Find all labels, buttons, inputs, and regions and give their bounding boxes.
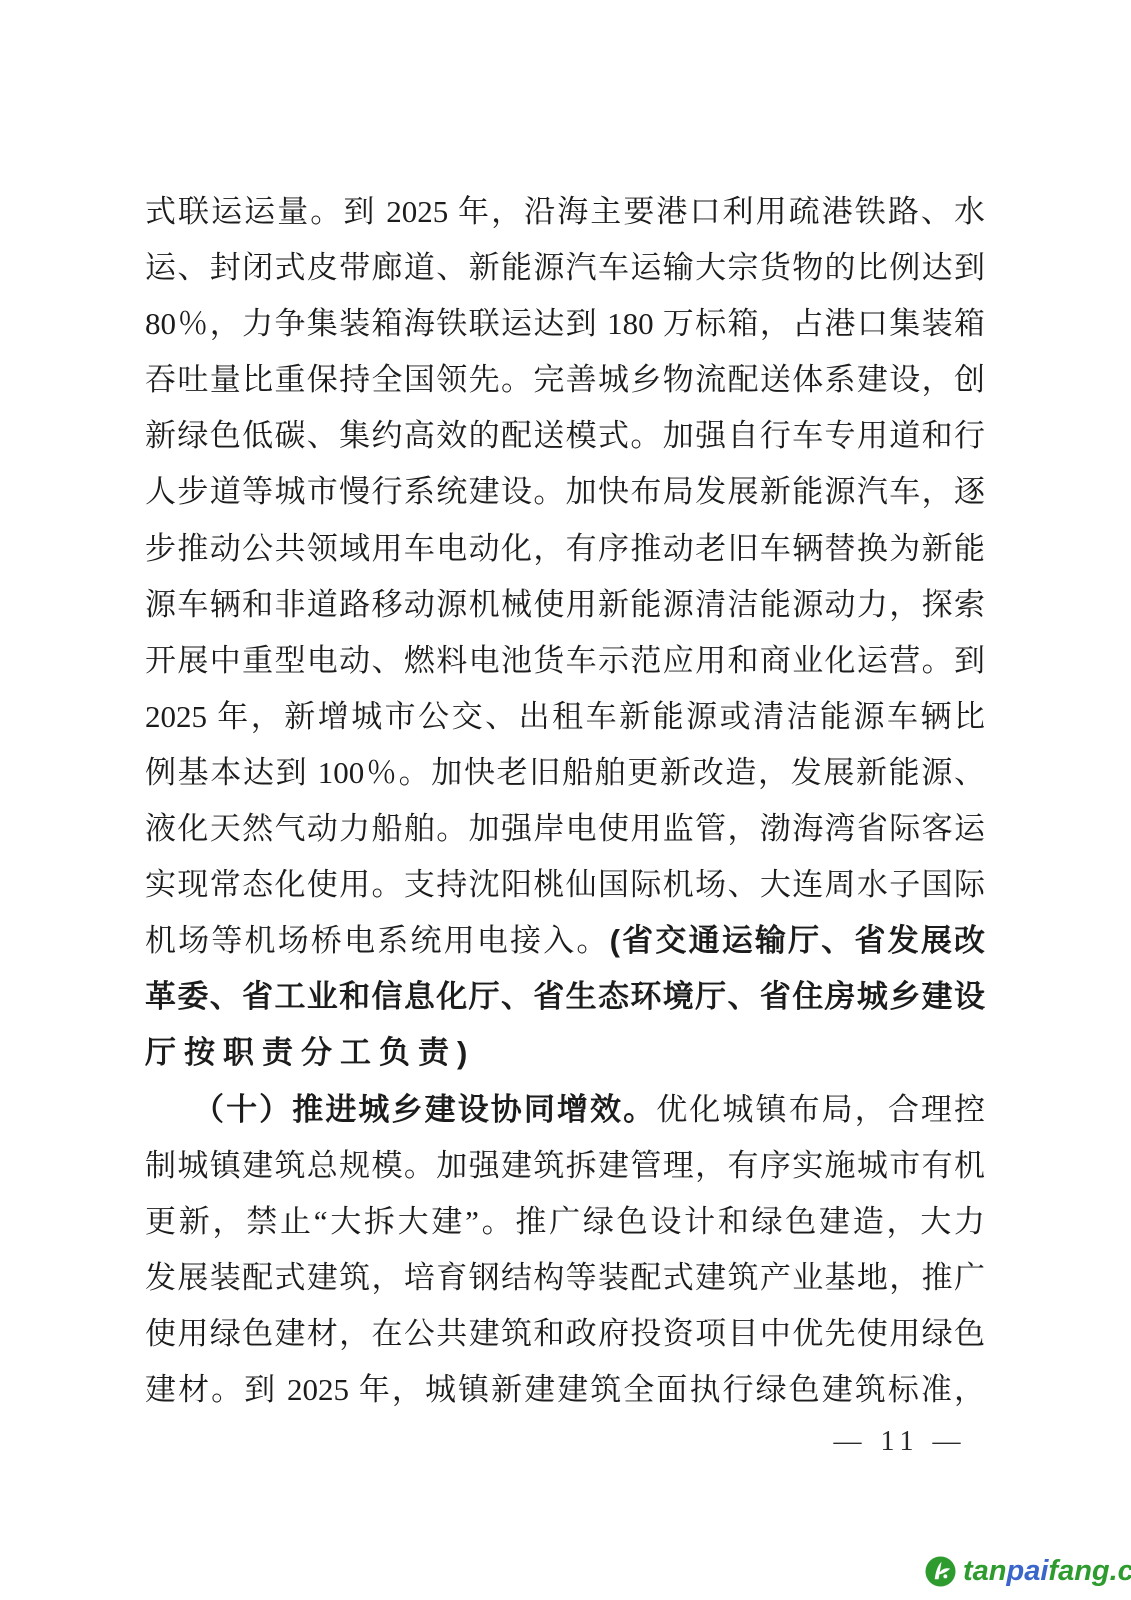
text-segment: 优化城镇布局，合理控 [656, 1092, 985, 1127]
watermark-text-segment: tan [963, 1555, 1007, 1587]
text-segment: 吞吐量比重保持全国领先。完善城乡物流配送体系建设，创 [145, 362, 985, 397]
text-line: 步推动公共领域用车电动化，有序推动老旧车辆替换为新能 [145, 521, 985, 577]
text-segment: 液化天然气动力船舶。加强岸电使用监管，渤海湾省际客运 [145, 811, 985, 846]
text-segment: 式联运运量。到 2025 年，沿海主要港口利用疏港铁路、水 [145, 194, 985, 229]
text-line: 机场等机场桥电系统用电接入。(省交通运输厅、省发展改 [145, 913, 985, 969]
text-segment: 新绿色低碳、集约高效的配送模式。加强自行车专用道和行 [145, 418, 985, 453]
text-segment: (省交通运输厅、省发展改 [610, 923, 985, 958]
text-line: 源车辆和非道路移动源机械使用新能源清洁能源动力，探索 [145, 577, 985, 633]
text-segment: 发展装配式建筑，培育钢结构等装配式建筑产业基地，推广 [145, 1260, 985, 1295]
text-segment: 运、封闭式皮带廊道、新能源汽车运输大宗货物的比例达到 [145, 250, 985, 285]
text-line: 制城镇建筑总规模。加强建筑拆建管理，有序实施城市有机 [145, 1138, 985, 1194]
text-line: 新绿色低碳、集约高效的配送模式。加强自行车专用道和行 [145, 408, 985, 464]
page-number: — 11 — [790, 1422, 1010, 1462]
text-line: 更新，禁止“大拆大建”。推广绿色设计和绿色建造，大力 [145, 1194, 985, 1250]
text-segment: 实现常态化使用。支持沈阳桃仙国际机场、大连周水子国际 [145, 867, 985, 902]
text-segment: 制城镇建筑总规模。加强建筑拆建管理，有序实施城市有机 [145, 1148, 985, 1183]
text-line: 使用绿色建材，在公共建筑和政府投资项目中优先使用绿色 [145, 1306, 985, 1362]
text-line: 例基本达到 100％。加快老旧船舶更新改造，发展新能源、 [145, 745, 985, 801]
text-line: 发展装配式建筑，培育钢结构等装配式建筑产业基地，推广 [145, 1250, 985, 1306]
text-line: 2025 年，新增城市公交、出租车新能源或清洁能源车辆比 [145, 689, 985, 745]
text-line: 实现常态化使用。支持沈阳桃仙国际机场、大连周水子国际 [145, 857, 985, 913]
text-segment: 建材。到 2025 年，城镇新建建筑全面执行绿色建筑标准， [145, 1372, 985, 1407]
text-line: 革委、省工业和信息化厅、省生态环境厅、省住房城乡建设 [145, 969, 985, 1025]
text-segment: 80％，力争集装箱海铁联运达到 180 万标箱，占港口集装箱 [145, 306, 985, 341]
text-segment: 人步道等城市慢行系统建设。加快布局发展新能源汽车，逐 [145, 474, 985, 509]
text-segment: 例基本达到 100％。加快老旧船舶更新改造，发展新能源、 [145, 755, 985, 790]
document-page: 式联运运量。到 2025 年，沿海主要港口利用疏港铁路、水运、封闭式皮带廊道、新… [0, 0, 1131, 1600]
text-segment: 厅按职责分工负责) [145, 1035, 475, 1070]
watermark: tanpaifang.com [925, 1550, 1131, 1592]
text-segment: 革委、省工业和信息化厅、省生态环境厅、省住房城乡建设 [145, 979, 985, 1014]
text-line: 吞吐量比重保持全国领先。完善城乡物流配送体系建设，创 [145, 352, 985, 408]
text-block: 式联运运量。到 2025 年，沿海主要港口利用疏港铁路、水运、封闭式皮带廊道、新… [145, 184, 985, 1418]
watermark-text-segment: pai [1007, 1555, 1049, 1587]
text-line: 开展中重型电动、燃料电池货车示范应用和商业化运营。到 [145, 633, 985, 689]
text-line: 80％，力争集装箱海铁联运达到 180 万标箱，占港口集装箱 [145, 296, 985, 352]
text-line: 液化天然气动力船舶。加强岸电使用监管，渤海湾省际客运 [145, 801, 985, 857]
text-segment: 2025 年，新增城市公交、出租车新能源或清洁能源车辆比 [145, 699, 985, 734]
text-line: 人步道等城市慢行系统建设。加快布局发展新能源汽车，逐 [145, 464, 985, 520]
text-segment: 步推动公共领域用车电动化，有序推动老旧车辆替换为新能 [145, 531, 985, 566]
text-segment: 开展中重型电动、燃料电池货车示范应用和商业化运营。到 [145, 643, 985, 678]
text-line: 建材。到 2025 年，城镇新建建筑全面执行绿色建筑标准， [145, 1362, 985, 1418]
text-segment: 机场等机场桥电系统用电接入。 [145, 923, 610, 958]
text-segment: 更新，禁止“大拆大建”。推广绿色设计和绿色建造，大力 [145, 1204, 985, 1239]
watermark-text: tanpaifang.com [963, 1556, 1131, 1587]
text-line: 厅按职责分工负责) [145, 1025, 985, 1081]
watermark-text-segment: fang.com [1048, 1555, 1131, 1587]
text-line: （十）推进城乡建设协同增效。优化城镇布局，合理控 [145, 1082, 985, 1138]
text-segment: 源车辆和非道路移动源机械使用新能源清洁能源动力，探索 [145, 587, 985, 622]
tanpaifang-leaf-icon [925, 1556, 956, 1587]
text-line: 运、封闭式皮带廊道、新能源汽车运输大宗货物的比例达到 [145, 240, 985, 296]
text-segment: 使用绿色建材，在公共建筑和政府投资项目中优先使用绿色 [145, 1316, 985, 1351]
text-segment: （十）推进城乡建设协同增效。 [193, 1092, 656, 1127]
text-line: 式联运运量。到 2025 年，沿海主要港口利用疏港铁路、水 [145, 184, 985, 240]
